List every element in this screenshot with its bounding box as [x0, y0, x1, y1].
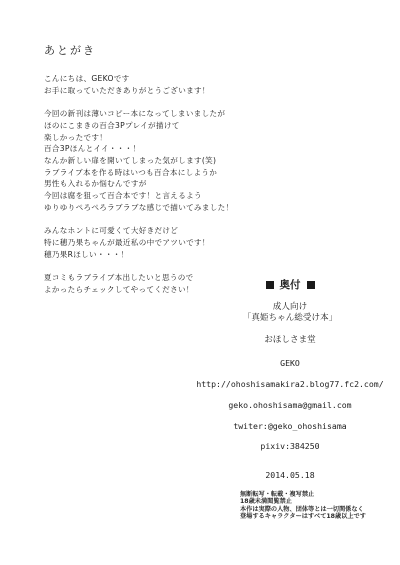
- paragraph-gap: [44, 96, 233, 108]
- afterword-title: あとがき: [44, 42, 96, 58]
- legal-notes: 無断転写・転載・複写禁止 18歳未満閲覧禁止 本作は実際の人物、団体等とは一切関…: [240, 491, 366, 521]
- paragraph-gap: [44, 260, 233, 272]
- afterword-line: みんなホントに可愛くて大好きだけど: [44, 225, 233, 237]
- afterword-line: 今回の新刊は薄いコピー本になってしまいましたが: [44, 108, 233, 120]
- book-title: 「真姫ちゃん総受け本」: [190, 313, 390, 323]
- square-bullet-icon: [307, 281, 315, 289]
- afterword-body: こんにちは、GEKOです お手に取っていただきありがとうございます！ 今回の新刊…: [44, 73, 233, 295]
- afterword-line: こんにちは、GEKOです: [44, 73, 233, 85]
- afterword-line: 特に穂乃果ちゃんが最近私の中でアツいです！: [44, 237, 233, 249]
- afterword-line: ほのにこまきの百合3Pプレイが描けて: [44, 120, 233, 132]
- afterword-line: 楽しかったです！: [44, 132, 233, 144]
- twitter-handle[interactable]: twiter:@geko_ohoshisama: [190, 421, 390, 431]
- legal-note: 登場するキャラクターはすべて18歳以上です: [240, 513, 366, 520]
- afterword-line: なんか新しい扉を開いてしまった気がします(笑): [44, 155, 233, 167]
- paragraph-gap: [44, 213, 233, 225]
- afterword-line: お手に取っていただきありがとうございます！: [44, 85, 233, 97]
- afterword-line: 穂乃果Rほしい・・・！: [44, 249, 233, 261]
- circle-name: おほしさま堂: [190, 335, 390, 345]
- legal-note: 18歳未満閲覧禁止: [240, 498, 366, 505]
- square-bullet-icon: [266, 281, 274, 289]
- author-name: GEKO: [190, 358, 390, 368]
- afterword-line: ラブライブ本を作る時はいつも百合本にしようか: [44, 167, 233, 179]
- rating-label: 成人向け: [190, 302, 390, 312]
- email-address[interactable]: geko.ohoshisama@gmail.com: [190, 400, 390, 410]
- colophon-heading: 奥付: [190, 280, 390, 294]
- afterword-line: 今回は腐を狙って百合本です！と言えるよう: [44, 190, 233, 202]
- afterword-line: ゆりゆりぺろぺろラブラブな感じで描いてみました！: [44, 202, 233, 214]
- afterword-line: 男性も入れるか悩むんですが: [44, 178, 233, 190]
- blog-url[interactable]: http://ohoshisamakira2.blog77.fc2.com/: [190, 379, 390, 389]
- publication-date: 2014.05.18: [190, 470, 390, 480]
- afterword-line: 百合3Pほんとイイ・・・！: [44, 143, 233, 155]
- pixiv-id: pixiv:384250: [190, 441, 390, 451]
